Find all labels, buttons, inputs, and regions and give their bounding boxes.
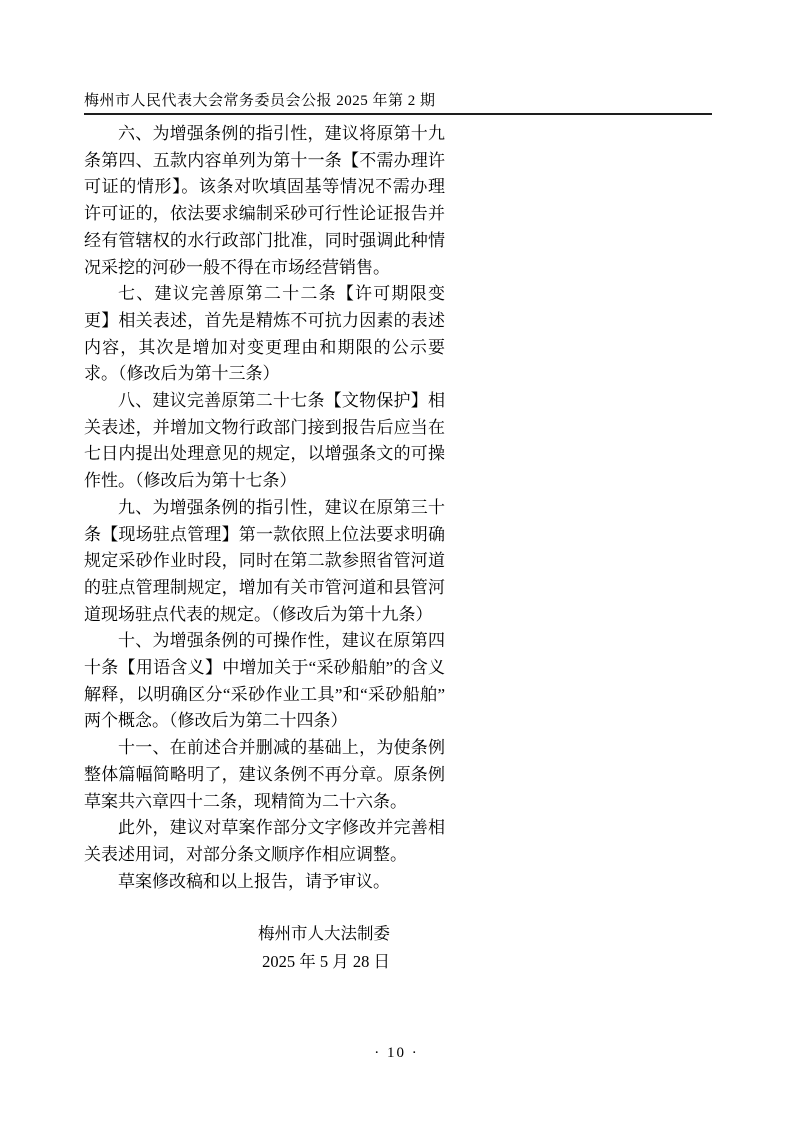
paragraph-item-8: 八、建议完善原第二十七条【文物保护】相关表述，并增加文物行政部门接到报告后应当在… [84, 388, 445, 495]
signature-block: 梅州市人大法制委 2025 年 5 月 28 日 [84, 920, 445, 975]
paragraph-item-10: 十、为增强条例的可操作性，建议在原第四十条【用语含义】中增加关于“采砂船舶”的含… [84, 628, 445, 735]
paragraph-submission: 草案修改稿和以上报告，请予审议。 [84, 869, 445, 896]
running-header: 梅州市人民代表大会常务委员会公报 2025 年第 2 期 [84, 92, 712, 113]
paragraph-item-6: 六、为增强条例的指引性，建议将原第十九条第四、五款内容单列为第十一条【不需办理许… [84, 121, 445, 281]
document-page: 梅州市人民代表大会常务委员会公报 2025 年第 2 期 六、为增强条例的指引性… [0, 0, 793, 1122]
paragraph-item-11: 十一、在前述合并删减的基础上，为使条例整体篇幅简略明了，建议条例不再分章。原条例… [84, 735, 445, 815]
paragraph-item-7: 七、建议完善原第二十二条【许可期限变更】相关表述，首先是精炼不可抗力因素的表述内… [84, 281, 445, 388]
page-number: · 10 · [0, 1045, 793, 1062]
signature-date: 2025 年 5 月 28 日 [84, 948, 390, 976]
paragraph-item-9: 九、为增强条例的指引性，建议在原第三十条【现场驻点管理】第一款依照上位法要求明确… [84, 495, 445, 629]
paragraph-closing-remarks: 此外，建议对草案作部分文字修改并完善相关表述用词，对部分条文顺序作相应调整。 [84, 815, 445, 868]
body-column: 六、为增强条例的指引性，建议将原第十九条第四、五款内容单列为第十一条【不需办理许… [84, 115, 445, 975]
signature-committee: 梅州市人大法制委 [84, 920, 390, 948]
page-content: 梅州市人民代表大会常务委员会公报 2025 年第 2 期 六、为增强条例的指引性… [84, 92, 712, 975]
